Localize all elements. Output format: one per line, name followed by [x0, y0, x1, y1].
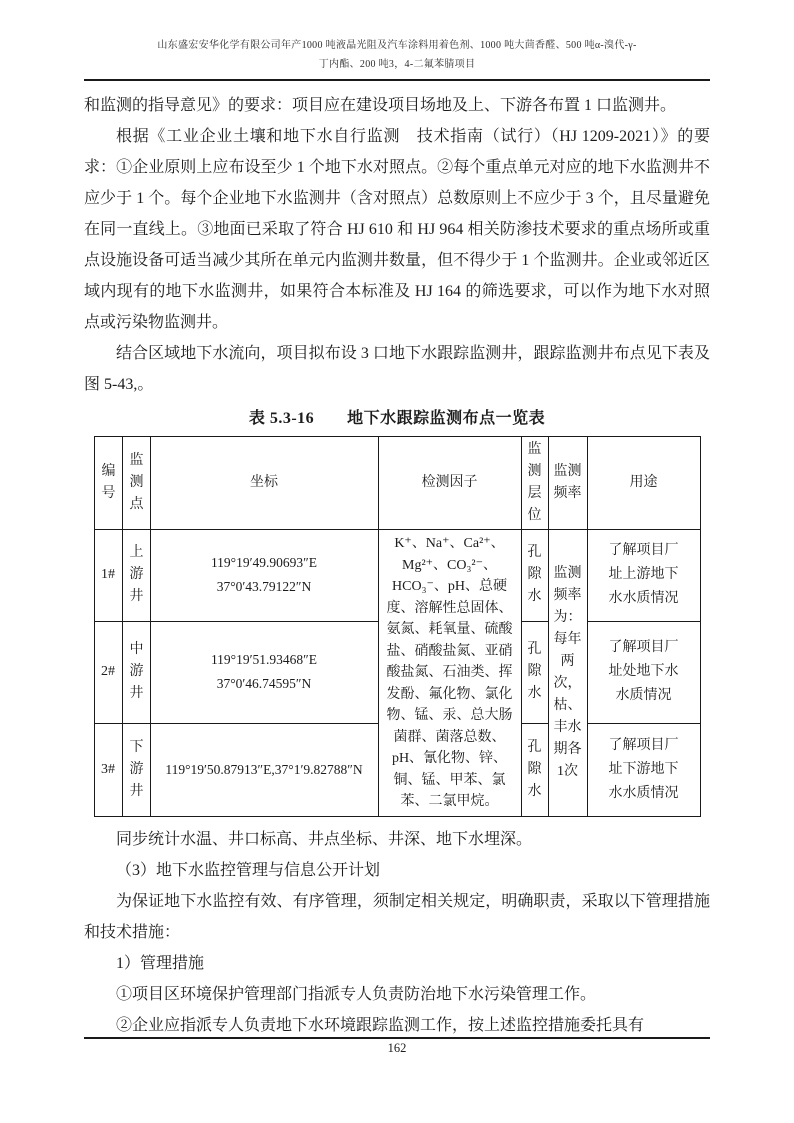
page-number: 162 [388, 1040, 407, 1057]
cell-factors-merged: K⁺、Na⁺、Ca²⁺、Mg²⁺、CO₃²⁻、HCO₃⁻、pH、总硬度、溶解性总… [378, 530, 521, 817]
cell-id: 3# [94, 723, 122, 816]
coord-line: 119°19′49.90693″E [153, 551, 376, 575]
page-footer: 162 [84, 1037, 710, 1057]
body-text-block: 和监测的指导意见》的要求：项目应在建设项目场地及上、下游各布置 1 口监测井。 … [84, 90, 710, 400]
paragraph: ①项目区环境保护管理部门指派专人负责防治地下水污染管理工作。 [84, 979, 710, 1010]
monitoring-table: 编号 监测点 坐标 检测因子 监测层位 监测频率 用途 1# 上游井 119°1… [94, 436, 701, 817]
cell-point: 下游井 [122, 723, 150, 816]
coord-line: 119°19′50.87913″E,37°1′9.82788″N [153, 758, 376, 782]
table-header-row: 编号 监测点 坐标 检测因子 监测层位 监测频率 用途 [94, 437, 700, 530]
col-header-factors: 检测因子 [378, 437, 521, 530]
col-header-id: 编号 [94, 437, 122, 530]
paragraph: 为保证地下水监控有效、有序管理，须制定相关规定，明确职责，采取以下管理措施和技术… [84, 886, 710, 948]
cell-coords: 119°19′51.93468″E 37°0′46.74595″N [150, 621, 378, 723]
coord-line: 37°0′43.79122″N [153, 575, 376, 599]
cell-purpose: 了解项目厂址上游地下水水质情况 [587, 530, 700, 622]
cell-coords: 119°19′50.87913″E,37°1′9.82788″N [150, 723, 378, 816]
col-header-point: 监测点 [122, 437, 150, 530]
cell-coords: 119°19′49.90693″E 37°0′43.79122″N [150, 530, 378, 622]
cell-layer: 孔隙水 [521, 621, 548, 723]
cell-point: 上游井 [122, 530, 150, 622]
paragraph: ②企业应指派专人负责地下水环境跟踪监测工作，按上述监控措施委托具有 [84, 1010, 710, 1041]
col-header-layer: 监测层位 [521, 437, 548, 530]
table-row: 1# 上游井 119°19′49.90693″E 37°0′43.79122″N… [94, 530, 700, 622]
paragraph: 和监测的指导意见》的要求：项目应在建设项目场地及上、下游各布置 1 口监测井。 [84, 90, 710, 121]
col-header-coords: 坐标 [150, 437, 378, 530]
cell-purpose: 了解项目厂址处地下水水质情况 [587, 621, 700, 723]
coord-line: 37°0′46.74595″N [153, 672, 376, 696]
paragraph: 根据《工业企业土壤和地下水自行监测 技术指南（试行）（HJ 1209-2021）… [84, 121, 710, 338]
cell-id: 1# [94, 530, 122, 622]
col-header-frequency: 监测频率 [548, 437, 587, 530]
cell-id: 2# [94, 621, 122, 723]
coord-line: 119°19′51.93468″E [153, 648, 376, 672]
header-title-line1: 山东盛宏安华化学有限公司年产1000 吨液晶光阻及汽车涂料用着色剂、1000 吨… [84, 36, 710, 55]
cell-frequency-merged: 监测频率为：每年两次，枯、丰水期各1次 [548, 530, 587, 817]
table-caption: 表 5.3-16 地下水跟踪监测布点一览表 [84, 405, 710, 428]
cell-point: 中游井 [122, 621, 150, 723]
cell-layer: 孔隙水 [521, 530, 548, 622]
paragraph: 结合区域地下水流向，项目拟布设 3 口地下水跟踪监测井，跟踪监测井布点见下表及图… [84, 338, 710, 400]
header-rule [84, 79, 710, 81]
col-header-purpose: 用途 [587, 437, 700, 530]
header-title-line2: 丁内酯、200 吨3，4-二氟苯腈项目 [84, 55, 710, 74]
cell-purpose: 了解项目厂址下游地下水水质情况 [587, 723, 700, 816]
paragraph: （3）地下水监控管理与信息公开计划 [84, 855, 710, 886]
running-header: 山东盛宏安华化学有限公司年产1000 吨液晶光阻及汽车涂料用着色剂、1000 吨… [84, 36, 710, 74]
paragraph: 同步统计水温、井口标高、井点坐标、井深、地下水埋深。 [84, 824, 710, 855]
paragraph: 1）管理措施 [84, 948, 710, 979]
after-table-text-block: 同步统计水温、井口标高、井点坐标、井深、地下水埋深。 （3）地下水监控管理与信息… [84, 824, 710, 1041]
document-page: 山东盛宏安华化学有限公司年产1000 吨液晶光阻及汽车涂料用着色剂、1000 吨… [0, 0, 794, 1123]
page-content: 山东盛宏安华化学有限公司年产1000 吨液晶光阻及汽车涂料用着色剂、1000 吨… [0, 0, 794, 1041]
cell-layer: 孔隙水 [521, 723, 548, 816]
